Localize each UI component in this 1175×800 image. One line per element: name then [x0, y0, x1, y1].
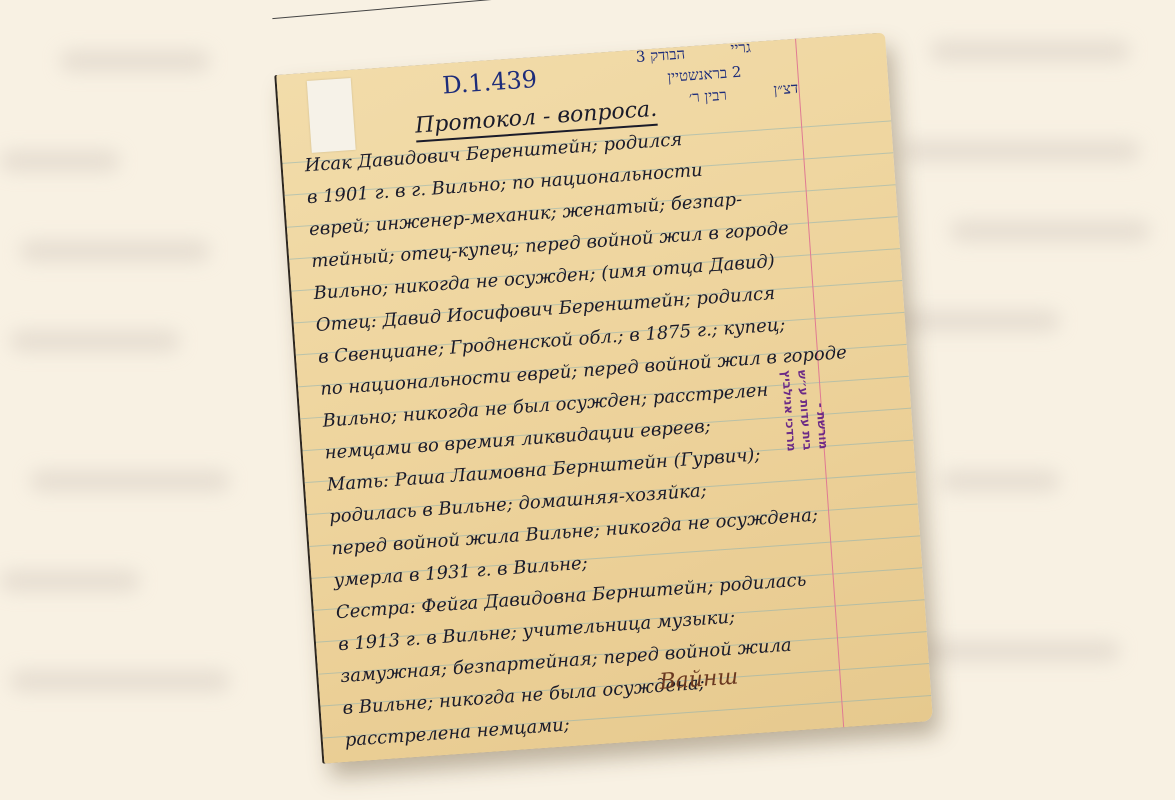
- bg-blur-stroke: [930, 40, 1130, 62]
- bg-blur-stroke: [920, 640, 1120, 662]
- hebrew-note: דצ״ן: [773, 79, 799, 100]
- hebrew-note: 2 בראנשטיין: [667, 63, 742, 87]
- paper-sheet: D.1.439 Протокол - вопроса. הבודק 3 גריי…: [276, 33, 933, 764]
- hebrew-note: גריי: [730, 38, 751, 58]
- hebrew-note: רבין ר׳: [688, 86, 727, 108]
- bg-blur-stroke: [20, 240, 210, 262]
- document-line: умерла в 1931 г. в Вильне;: [333, 553, 588, 592]
- bg-blur-stroke: [0, 570, 140, 592]
- bg-blur-stroke: [950, 220, 1150, 242]
- archive-stamp: מורשת - בית עדות ע״ש מרדכי אנילביץ: [778, 368, 832, 452]
- signature: Вайнш: [659, 664, 739, 694]
- adhesive-tape: [307, 78, 356, 153]
- bg-blur-stroke: [10, 670, 230, 692]
- bg-blur-stroke: [940, 470, 1060, 492]
- bg-blur-stroke: [0, 150, 120, 172]
- hebrew-note: הבודק 3: [635, 45, 685, 67]
- document-id: D.1.439: [441, 65, 537, 100]
- document-photo: D.1.439 Протокол - вопроса. הבודק 3 גריי…: [262, 0, 954, 782]
- bg-blur-stroke: [900, 140, 1140, 162]
- document-line: расстрелена немцами;: [344, 714, 570, 751]
- bg-blur-stroke: [10, 330, 180, 352]
- bg-blur-stroke: [60, 50, 210, 72]
- bg-blur-stroke: [30, 470, 230, 492]
